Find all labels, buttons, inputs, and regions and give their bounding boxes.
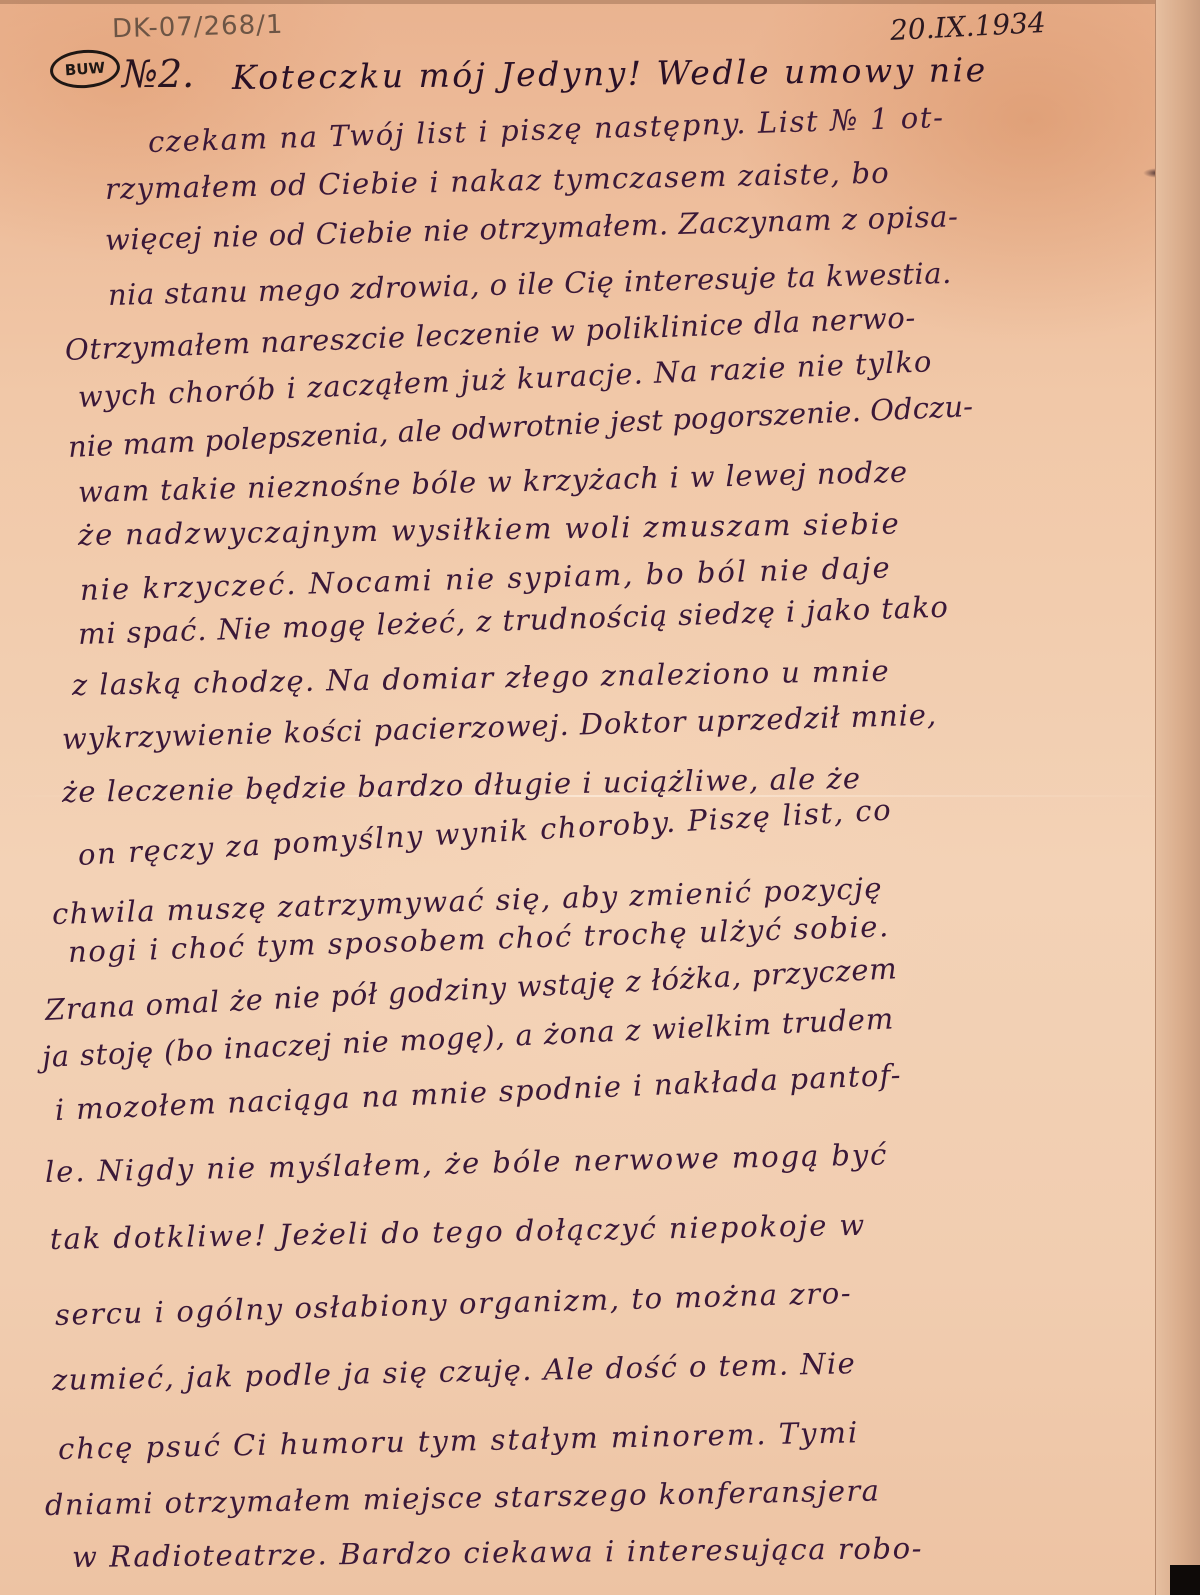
letter-line: wykrzywienie kości pacierzowej. Doktor u… [62, 698, 938, 756]
letter-number: №2. [122, 52, 194, 96]
page-right-edge [1155, 0, 1200, 1595]
letter-line: zumieć, jak podle ja się czuję. Ale dość… [52, 1346, 857, 1397]
library-stamp-icon: BUW [49, 48, 121, 91]
letter-line: z laską chodzę. Na domiar złego znalezio… [72, 654, 891, 702]
letter-line: więcej nie od Ciebie nie otrzymałem. Zac… [105, 199, 959, 257]
letter-line: sercu i ogólny osłabiony organizm, to mo… [55, 1276, 853, 1332]
letter-line: że nadzwyczajnym wysiłkiem woli zmuszam … [78, 507, 901, 552]
letter-line: czekam na Twój list i piszę następny. Li… [147, 100, 945, 159]
letter-line: wam takie nieznośne bóle w krzyżach i w … [78, 455, 909, 509]
letter-line: dniami otrzymałem miejsce starszego konf… [45, 1473, 881, 1522]
letter-date: 20.IX.1934 [889, 6, 1046, 47]
scan-background-corner [1170, 1565, 1200, 1595]
letter-page: DK-07/268/1 BUW 20.IX.1934 №2. Koteczku … [0, 0, 1178, 1595]
letter-line: chcę psuć Ci humoru tym stałym minorem. … [58, 1415, 860, 1466]
page-top-edge [0, 0, 1178, 4]
archive-signature: DK-07/268/1 [112, 10, 284, 44]
letter-line: rzymałem od Ciebie i nakaz tymczasem zai… [105, 156, 891, 206]
letter-line: w Radioteatrze. Bardzo ciekawa i interes… [72, 1531, 923, 1574]
letter-line: Koteczku mój Jedyny! Wedle umowy nie [232, 50, 988, 97]
letter-line: i mozołem naciąga na mnie spodnie i nakł… [54, 1058, 902, 1127]
letter-line: le. Nigdy nie myślałem, że bóle nerwowe … [45, 1137, 889, 1189]
letter-line: tak dotkliwe! Jeżeli do tego dołączyć ni… [50, 1208, 867, 1256]
